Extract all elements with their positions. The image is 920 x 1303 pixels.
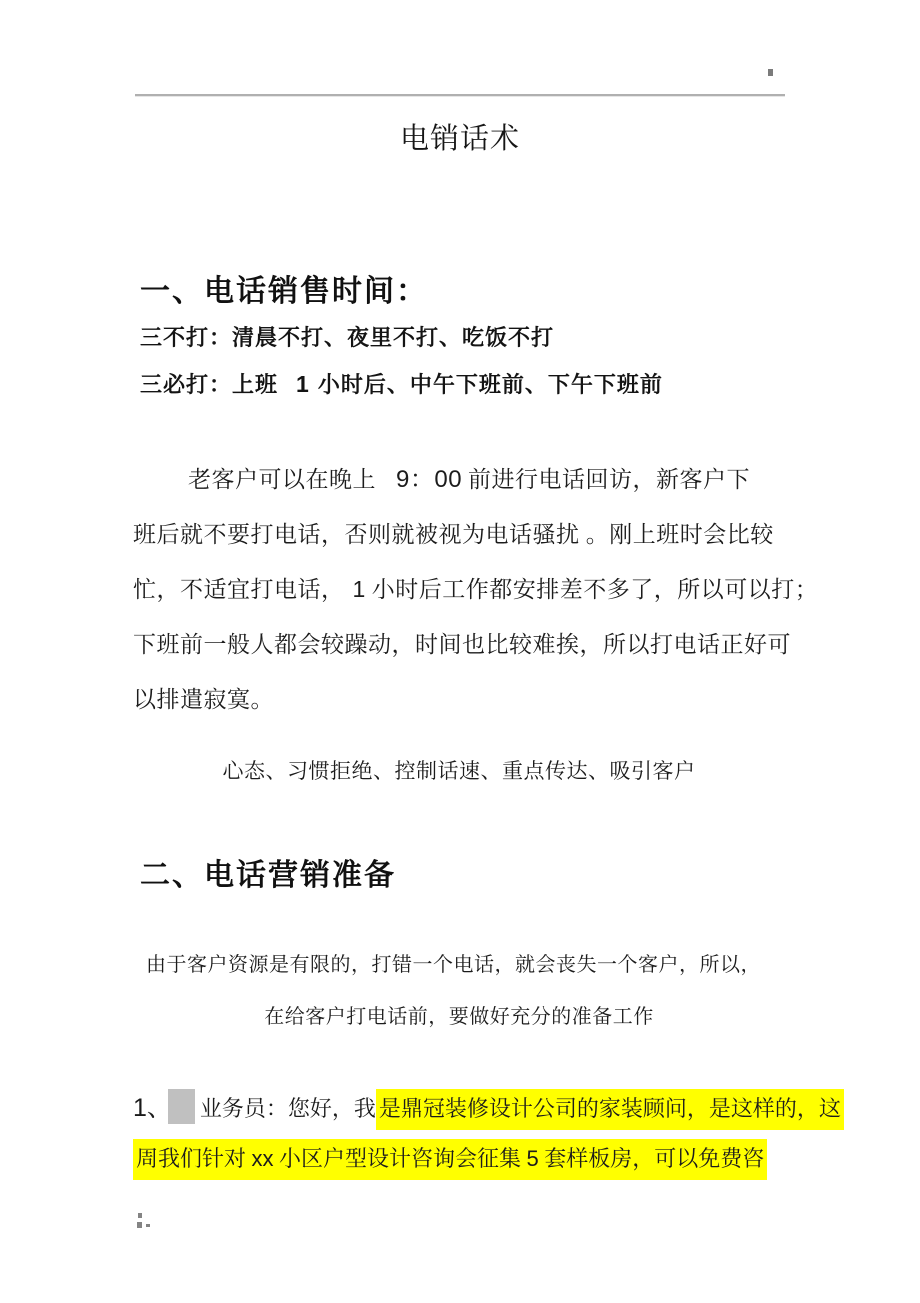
highlight-segment: 周我们针对: [136, 1146, 252, 1171]
item-number: 1、: [133, 1094, 172, 1122]
ink-speck: [146, 1224, 150, 1227]
preparation-paragraph-line2: 在给客户打电话前，要做好充分的准备工作: [133, 1000, 785, 1029]
header-rule: [135, 94, 785, 97]
timing-paragraph: 老客户可以在晚上9：00前进行电话回访，新客户下 班后就不要打电话，否则就被视为…: [133, 452, 801, 727]
paragraph-line: 下班前一般人都会较躁动，时间也比较难挨，所以打电话正好可: [133, 617, 801, 672]
paragraph-line: 以排遣寂寞。: [133, 672, 801, 727]
paragraph-text: 前进行电话回访，新客户下: [468, 467, 750, 492]
three-dont-call-line: 三不打：清晨不打、夜里不打、吃饭不打: [140, 321, 554, 352]
paragraph-line: 班后就不要打电话，否则就被视为电话骚扰 。刚上班时会比较: [133, 507, 801, 562]
ink-speck: [138, 1213, 142, 1218]
paragraph-line: 忙，不适宜打电话，1小时后工作都安排差不多了，所以可以打；: [133, 562, 801, 617]
script-item-line2: 周我们针对 xx 小区户型设计咨询会征集 5 套样板房，可以免费咨: [133, 1142, 767, 1173]
three-must-call-line: 三必打：上班1小时后、中午下班前、下午下班前: [140, 368, 663, 399]
paragraph-text: 小时后工作都安排差不多了，所以可以打；: [372, 577, 819, 602]
highlighted-text: 是鼎冠装修设计公司的家装顾问，是这样的，这: [376, 1089, 844, 1130]
item-plain-text: 业务员：您好，我: [200, 1096, 376, 1121]
must-call-text-post: 小时后、中午下班前、下午下班前: [318, 372, 663, 397]
highlight-segment: 小区户型设计咨询会征集: [274, 1146, 527, 1171]
document-page: 电销话术 一、电话销售时间： 三不打：清晨不打、夜里不打、吃饭不打 三必打：上班…: [0, 0, 920, 1303]
section1-heading: 一、电话销售时间：: [140, 266, 428, 310]
preparation-paragraph-line1: 由于客户资源是有限的，打错一个电话，就会丧失一个客户，所以，: [146, 948, 761, 977]
paragraph-text: 老客户可以在晚上: [188, 467, 376, 492]
must-call-text-pre: 三必打：上班: [140, 372, 278, 397]
gray-selection-box: [168, 1089, 195, 1124]
count-number: 5: [527, 1146, 539, 1171]
section2-heading: 二、电话营销准备: [140, 850, 396, 894]
paragraph-text: 忙，不适宜打电话，: [133, 577, 345, 602]
highlighted-text: 周我们针对 xx 小区户型设计咨询会征集 5 套样板房，可以免费咨: [133, 1139, 767, 1180]
paragraph-line: 老客户可以在晚上9：00前进行电话回访，新客户下: [133, 452, 801, 507]
time-value: 9：00: [396, 466, 462, 493]
hour-number: 1: [353, 576, 366, 602]
ink-speck: [137, 1222, 142, 1228]
must-call-number: 1: [296, 371, 310, 397]
keywords-line: 心态、习惯拒绝、控制话速、重点传达、吸引客户: [133, 755, 785, 785]
highlight-segment: 套样板房，可以免费咨: [539, 1146, 765, 1171]
page-title: 电销话术: [0, 116, 920, 157]
header-corner-mark: [768, 69, 773, 76]
xx-placeholder: xx: [252, 1146, 274, 1171]
script-item-line1: 1、业务员：您好，我是鼎冠装修设计公司的家装顾问，是这样的，这: [133, 1088, 844, 1124]
